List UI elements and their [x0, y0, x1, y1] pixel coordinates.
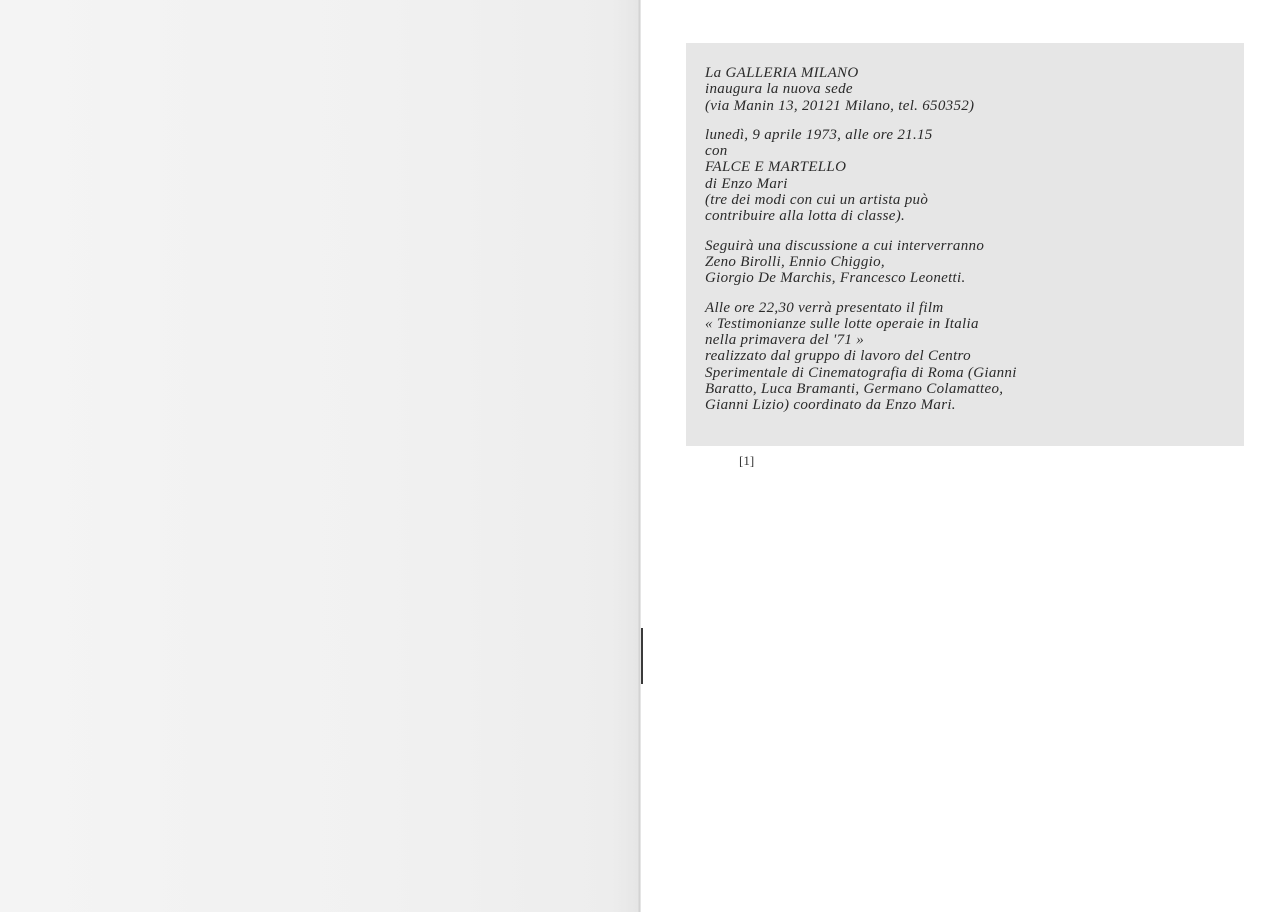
text-line: (tre dei modi con cui un artista può: [705, 192, 1017, 208]
text-line: realizzato dal gruppo di lavoro del Cent…: [705, 348, 1017, 364]
artist-line: di Enzo Mari: [705, 176, 1017, 192]
date-line: lunedì, 9 aprile 1973, alle ore 21.15: [705, 127, 1017, 143]
film-title: « Testimonianze sulle lotte operaie in I…: [705, 316, 1017, 332]
paragraph-discussion: Seguirà una discussione a cui interverra…: [705, 238, 1017, 287]
page-number: [1]: [739, 453, 754, 469]
book-gutter: [638, 0, 641, 912]
paragraph-venue: La GALLERIA MILANO inaugura la nuova sed…: [705, 65, 1017, 114]
paragraph-event: lunedì, 9 aprile 1973, alle ore 21.15 co…: [705, 127, 1017, 225]
text-line: Gianni Lizio) coordinato da Enzo Mari.: [705, 397, 1017, 413]
address-line: (via Manin 13, 20121 Milano, tel. 650352…: [705, 98, 1017, 114]
work-title: FALCE E MARTELLO: [705, 159, 1017, 175]
invitation-text: La GALLERIA MILANO inaugura la nuova sed…: [705, 65, 1017, 427]
text-line: Giorgio De Marchis, Francesco Leonetti.: [705, 270, 1017, 286]
text-line: Baratto, Luca Bramanti, Germano Colamatt…: [705, 381, 1017, 397]
gallery-name: La GALLERIA MILANO: [705, 65, 1017, 81]
text-line: contribuire alla lotta di classe).: [705, 208, 1017, 224]
text-line: Alle ore 22,30 verrà presentato il film: [705, 300, 1017, 316]
text-line: Zeno Birolli, Ennio Chiggio,: [705, 254, 1017, 270]
text-line: Sperimentale di Cinematografia di Roma (…: [705, 365, 1017, 381]
venue-line: inaugura la nuova sede: [705, 81, 1017, 97]
film-title: nella primavera del '71 »: [705, 332, 1017, 348]
paragraph-film: Alle ore 22,30 verrà presentato il film …: [705, 300, 1017, 414]
text-line: con: [705, 143, 1017, 159]
text-line: Seguirà una discussione a cui interverra…: [705, 238, 1017, 254]
left-blank-page: [0, 0, 638, 912]
invitation-card: La GALLERIA MILANO inaugura la nuova sed…: [686, 43, 1244, 446]
